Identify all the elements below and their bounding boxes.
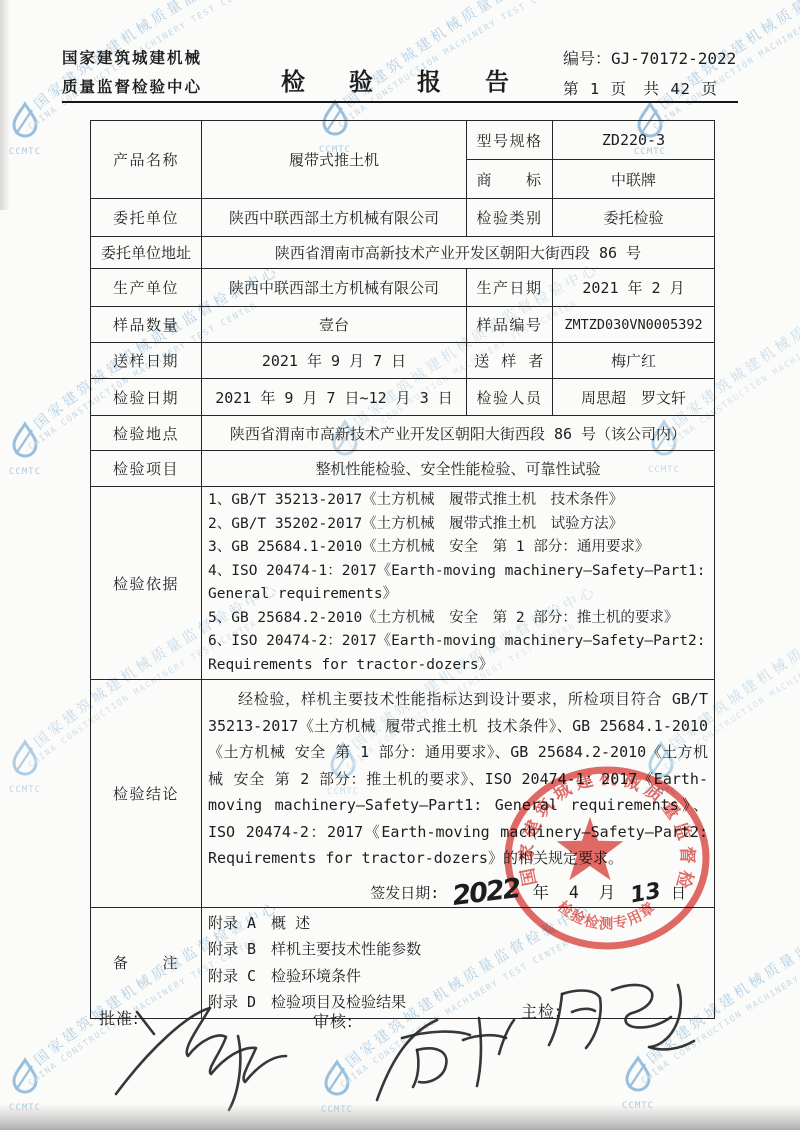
inspection-type-value: 委托检验 [553,199,715,237]
remarks-label: 备 注 [91,907,202,1018]
sign-date-year-handwritten: 2022 [451,873,521,907]
review-label: 审核: [313,1009,353,1032]
basis-item: 6、ISO 20474-2：2017《Earth-moving machiner… [208,630,708,677]
table-row: 样品数量 壹台 样品编号 ZMTZD030VN0005392 [91,307,715,343]
client-address-value: 陕西省渭南市高新技术产业开发区朝阳大街西段 86 号 [202,237,715,269]
inspection-date-label: 检验日期 [91,379,202,416]
sign-date-day-handwritten: 13 [629,878,664,907]
manufacturer-label: 生产单位 [91,269,202,307]
sample-qty-label: 样品数量 [91,307,202,343]
table-row: 检验地点 陕西省渭南市高新技术产业开发区朝阳大街西段 86 号（该公司内） [91,416,715,451]
scanned-inspection-report-page: CCMTC国家建筑城建机械质量监督检验中心CHINA CONSTRUCTION … [0,0,800,1130]
sample-no-label: 样品编号 [467,307,553,343]
basis-item: 4、ISO 20474-1：2017《Earth-moving machiner… [208,560,708,607]
production-date-value: 2021 年 2 月 [553,269,715,307]
items-value: 整机性能检验、安全性能检验、可靠性试验 [202,451,715,487]
location-label: 检验地点 [91,416,202,451]
product-name-label: 产品名称 [91,121,202,199]
inspection-date-value: 2021 年 9 月 7 日~12 月 3 日 [202,379,467,416]
client-address-label: 委托单位地址 [91,237,202,269]
remark-item: 附录 D 检验项目及检验结果 [208,989,708,1016]
remark-item: 附录 B 样机主要技术性能参数 [208,936,708,963]
header-rule [62,101,738,103]
client-value: 陕西中联西部土方机械有限公司 [202,199,467,237]
conclusion-cell: 经检验，样机主要技术性能指标达到设计要求，所检项目符合 GB/T 35213-2… [202,680,715,908]
table-row: 产品名称 履带式推土机 型号规格 ZD220-3 [91,121,715,160]
sample-no-value: ZMTZD030VN0005392 [553,307,715,343]
table-row: 送样日期 2021 年 9 月 7 日 送 样 者 梅广红 [91,343,715,379]
sign-date-line: 签发日期: 2022 年 4 月 13 日 [208,874,708,905]
brand-value: 中联牌 [553,160,715,199]
sign-date-suffix: 日 [671,884,686,902]
watermark-abbr: CCMTC [9,785,41,795]
remarks-cell: 附录 A 概 述 附录 B 样机主要技术性能参数 附录 C 检验环境条件 附录 … [202,907,715,1018]
manufacturer-value: 陕西中联西部土方机械有限公司 [202,269,467,307]
scan-bottom-shade [0,1104,800,1130]
sign-date-label: 签发日期: [370,884,439,902]
model-value: ZD220-3 [553,121,715,160]
delivery-date-value: 2021 年 9 月 7 日 [202,343,467,379]
table-row: 委托单位地址 陕西省渭南市高新技术产业开发区朝阳大街西段 86 号 [91,237,715,269]
inspectors-label: 检验人员 [467,379,553,416]
location-value: 陕西省渭南市高新技术产业开发区朝阳大街西段 86 号（该公司内） [202,416,715,451]
watermark-abbr: CCMTC [9,147,41,157]
delivery-date-label: 送样日期 [91,343,202,379]
client-label: 委托单位 [91,199,202,237]
production-date-label: 生产日期 [467,269,553,307]
deliverer-value: 梅广红 [553,343,715,379]
deliverer-label: 送 样 者 [467,343,553,379]
table-row: 委托单位 陕西中联西部土方机械有限公司 检验类别 委托检验 [91,199,715,237]
table-row: 备 注 附录 A 概 述 附录 B 样机主要技术性能参数 附录 C 检验环境条件… [91,907,715,1018]
table-row: 检验日期 2021 年 9 月 7 日~12 月 3 日 检验人员 周思超 罗文… [91,379,715,416]
product-name-value: 履带式推土机 [202,121,467,199]
report-meta: 编号：GJ-70172-2022 第 1 页 共 42 页 [563,44,736,104]
table-row: 生产单位 陕西中联西部土方机械有限公司 生产日期 2021 年 2 月 [91,269,715,307]
sample-qty-value: 壹台 [202,307,467,343]
brand-label: 商 标 [467,160,553,199]
approve-label: 批准: [99,1006,139,1029]
basis-label: 检验依据 [91,487,202,680]
report-number-label: 编号： [563,49,611,68]
basis-value: 1、GB/T 35213-2017《土方机械 履带式推土机 技术条件》 2、GB… [202,487,715,680]
approver-signature [116,1008,286,1110]
table-row: 检验项目 整机性能检验、安全性能检验、可靠性试验 [91,451,715,487]
reviewer-signature [377,1018,514,1100]
basis-item: 1、GB/T 35213-2017《土方机械 履带式推土机 技术条件》 [208,489,708,513]
table-row: 检验结论 经检验，样机主要技术性能指标达到设计要求，所检项目符合 GB/T 35… [91,680,715,908]
table-row: 检验依据 1、GB/T 35213-2017《土方机械 履带式推土机 技术条件》… [91,487,715,680]
report-number: 编号：GJ-70172-2022 [563,44,736,74]
remark-item: 附录 C 检验环境条件 [208,963,708,990]
chief-label: 主检: [521,999,561,1022]
basis-item: 3、GB 25684.1-2010《土方机械 安全 第 1 部分：通用要求》 [208,536,708,560]
inspectors-value: 周思超 罗文轩 [553,379,715,416]
basis-item: 2、GB/T 35202-2017《土方机械 履带式推土机 试验方法》 [208,513,708,537]
model-label: 型号规格 [467,121,553,160]
report-table: 产品名称 履带式推土机 型号规格 ZD220-3 商 标 中联牌 委托单位 陕西… [90,120,715,1019]
watermark-abbr: CCMTC [9,467,41,477]
basis-item: 5、GB 25684.2-2010《土方机械 安全 第 2 部分：推土机的要求》 [208,607,708,631]
conclusion-label: 检验结论 [91,680,202,908]
items-label: 检验项目 [91,451,202,487]
scan-edge-shade [0,0,10,210]
report-number-value: GJ-70172-2022 [611,49,736,68]
sign-date-month: 年 4 月 [532,883,620,902]
inspection-type-label: 检验类别 [467,199,553,237]
remark-item: 附录 A 概 述 [208,910,708,937]
conclusion-text: 经检验，样机主要技术性能指标达到设计要求，所检项目符合 GB/T 35213-2… [208,686,708,872]
page-info: 第 1 页 共 42 页 [563,74,736,104]
